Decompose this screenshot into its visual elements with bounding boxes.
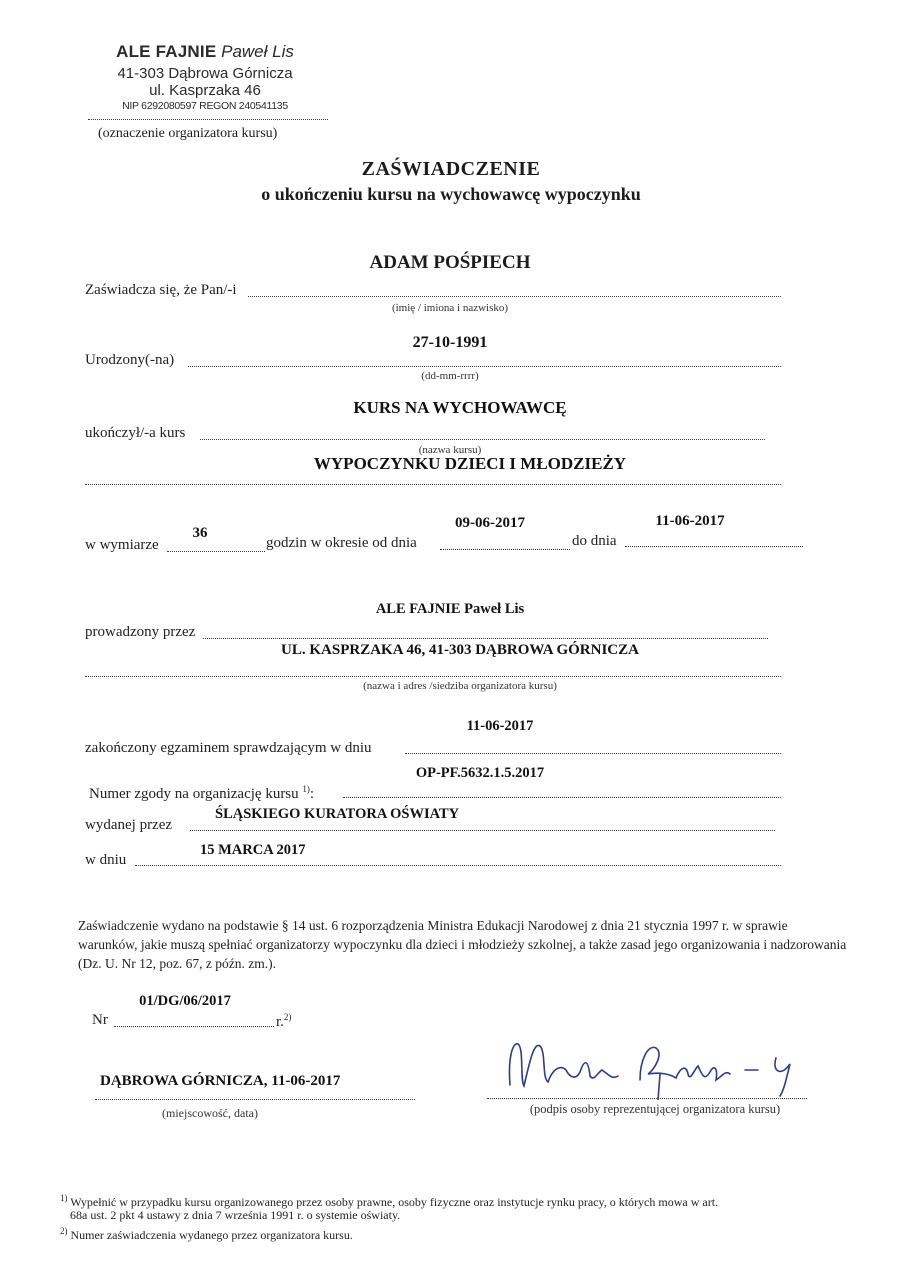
footnote-2-ref: 2)	[60, 1226, 68, 1236]
organizer-line2	[85, 676, 781, 677]
stamp-city: 41-303 Dąbrowa Górnicza	[108, 65, 302, 82]
birth-date-line	[188, 366, 781, 367]
birth-date-value: 27-10-1991	[350, 334, 550, 352]
signature-scribble-icon	[490, 1030, 810, 1100]
footnote-ref-1: 1)	[302, 784, 310, 794]
stamp-dotted-line	[88, 119, 328, 120]
signature-line	[487, 1098, 807, 1099]
person-name-value: ADAM POŚPIECH	[270, 252, 630, 274]
certificate-number-line	[114, 1026, 274, 1027]
certificate-suffix-text: r.	[276, 1014, 284, 1030]
footnote-1-ref: 1)	[60, 1193, 68, 1203]
duration-label: w wymiarze	[85, 537, 159, 554]
certificate-number-suffix: r.2)	[276, 1012, 291, 1031]
course-name-label: ukończył/-a kurs	[85, 425, 185, 442]
person-name-label: Zaświadcza się, że Pan/-i	[85, 282, 237, 299]
person-name-hint: (imię / imiona i nazwisko)	[330, 302, 570, 314]
birth-date-hint: (dd-mm-rrrr)	[380, 370, 520, 382]
certificate-number-value: 01/DG/06/2017	[130, 993, 240, 1010]
stamp-company-name: ALE FAJNIE	[116, 42, 216, 61]
permit-colon: :	[310, 786, 314, 802]
date-to-label: do dnia	[572, 533, 617, 550]
person-name-line	[248, 296, 781, 297]
permit-number-line	[343, 797, 781, 798]
issuer-line	[190, 830, 775, 831]
organizer-name-value: ALE FAJNIE Paweł Lis	[250, 601, 650, 618]
footnote-2-text: Numer zaświadczenia wydanego przez organ…	[71, 1228, 353, 1242]
organizer-line1	[203, 638, 768, 639]
document-subtitle: o ukończeniu kursu na wychowawcę wypoczy…	[0, 184, 902, 205]
date-to-line	[625, 546, 803, 547]
organizer-hint: (nazwa i adres /siedziba organizatora ku…	[300, 680, 620, 692]
course-name-value-line2: WYPOCZYNKU DZIECI I MŁODZIEŻY	[230, 454, 710, 474]
issue-date-value: 15 MARCA 2017	[200, 842, 340, 859]
hours-value: 36	[180, 525, 220, 542]
exam-date-value: 11-06-2017	[400, 718, 600, 735]
hours-line	[167, 551, 265, 552]
footnote-2: 2) Numer zaświadczenia wydanego przez or…	[60, 1223, 353, 1243]
course-name-line2	[85, 484, 781, 485]
organizer-label: prowadzony przez	[85, 624, 195, 641]
footnote-1-continued: 68a ust. 2 pkt 4 ustawy z dnia 7 wrześni…	[70, 1207, 400, 1223]
document-title: ZAŚWIADCZENIE	[0, 158, 902, 181]
date-to-value: 11-06-2017	[630, 513, 750, 530]
stamp-street: ul. Kasprzaka 46	[110, 82, 300, 99]
permit-number-value: OP-PF.5632.1.5.2017	[360, 765, 600, 782]
hours-unit-label: godzin w okresie od dnia	[266, 535, 417, 552]
place-date-value: DĄBROWA GÓRNICZA, 11-06-2017	[100, 1073, 360, 1090]
issuer-label: wydanej przez	[85, 817, 172, 834]
issue-date-label: w dniu	[85, 852, 126, 869]
stamp-caption: (oznaczenie organizatora kursu)	[98, 126, 277, 142]
certificate-number-label: Nr	[92, 1012, 108, 1029]
organizer-address-value: UL. KASPRZAKA 46, 41-303 DĄBROWA GÓRNICZ…	[200, 642, 720, 659]
organizer-stamp-name: ALE FAJNIE Paweł Lis	[110, 42, 300, 62]
place-date-line	[95, 1099, 415, 1100]
stamp-owner-name: Paweł Lis	[221, 42, 294, 61]
birth-date-label: Urodzony(-na)	[85, 352, 174, 369]
signature-hint: (podpis osoby reprezentującej organizato…	[505, 1102, 805, 1117]
footnote-ref-2: 2)	[284, 1012, 292, 1022]
course-name-value-line1: KURS NA WYCHOWAWCĘ	[260, 398, 660, 418]
place-date-hint: (miejscowość, data)	[150, 1106, 270, 1121]
issuer-value: ŚLĄSKIEGO KURATORA OŚWIATY	[215, 806, 515, 823]
exam-date-line	[405, 753, 781, 754]
legal-basis-text: Zaświadczenie wydano na podstawie § 14 u…	[78, 916, 848, 973]
date-from-line	[440, 549, 570, 550]
permit-number-label: Numer zgody na organizację kursu 1):	[89, 784, 314, 803]
exam-date-label: zakończony egzaminem sprawdzającym w dni…	[85, 740, 372, 757]
permit-label-text: Numer zgody na organizację kursu	[89, 786, 299, 802]
date-from-value: 09-06-2017	[430, 515, 550, 532]
course-name-line1	[200, 439, 765, 440]
issuer-value-text: ŚLĄSKIEGO KURATORA OŚWIATY	[215, 806, 459, 822]
issue-date-line	[135, 865, 781, 866]
stamp-tax-ids: NIP 6292080597 REGON 240541135	[108, 100, 302, 112]
